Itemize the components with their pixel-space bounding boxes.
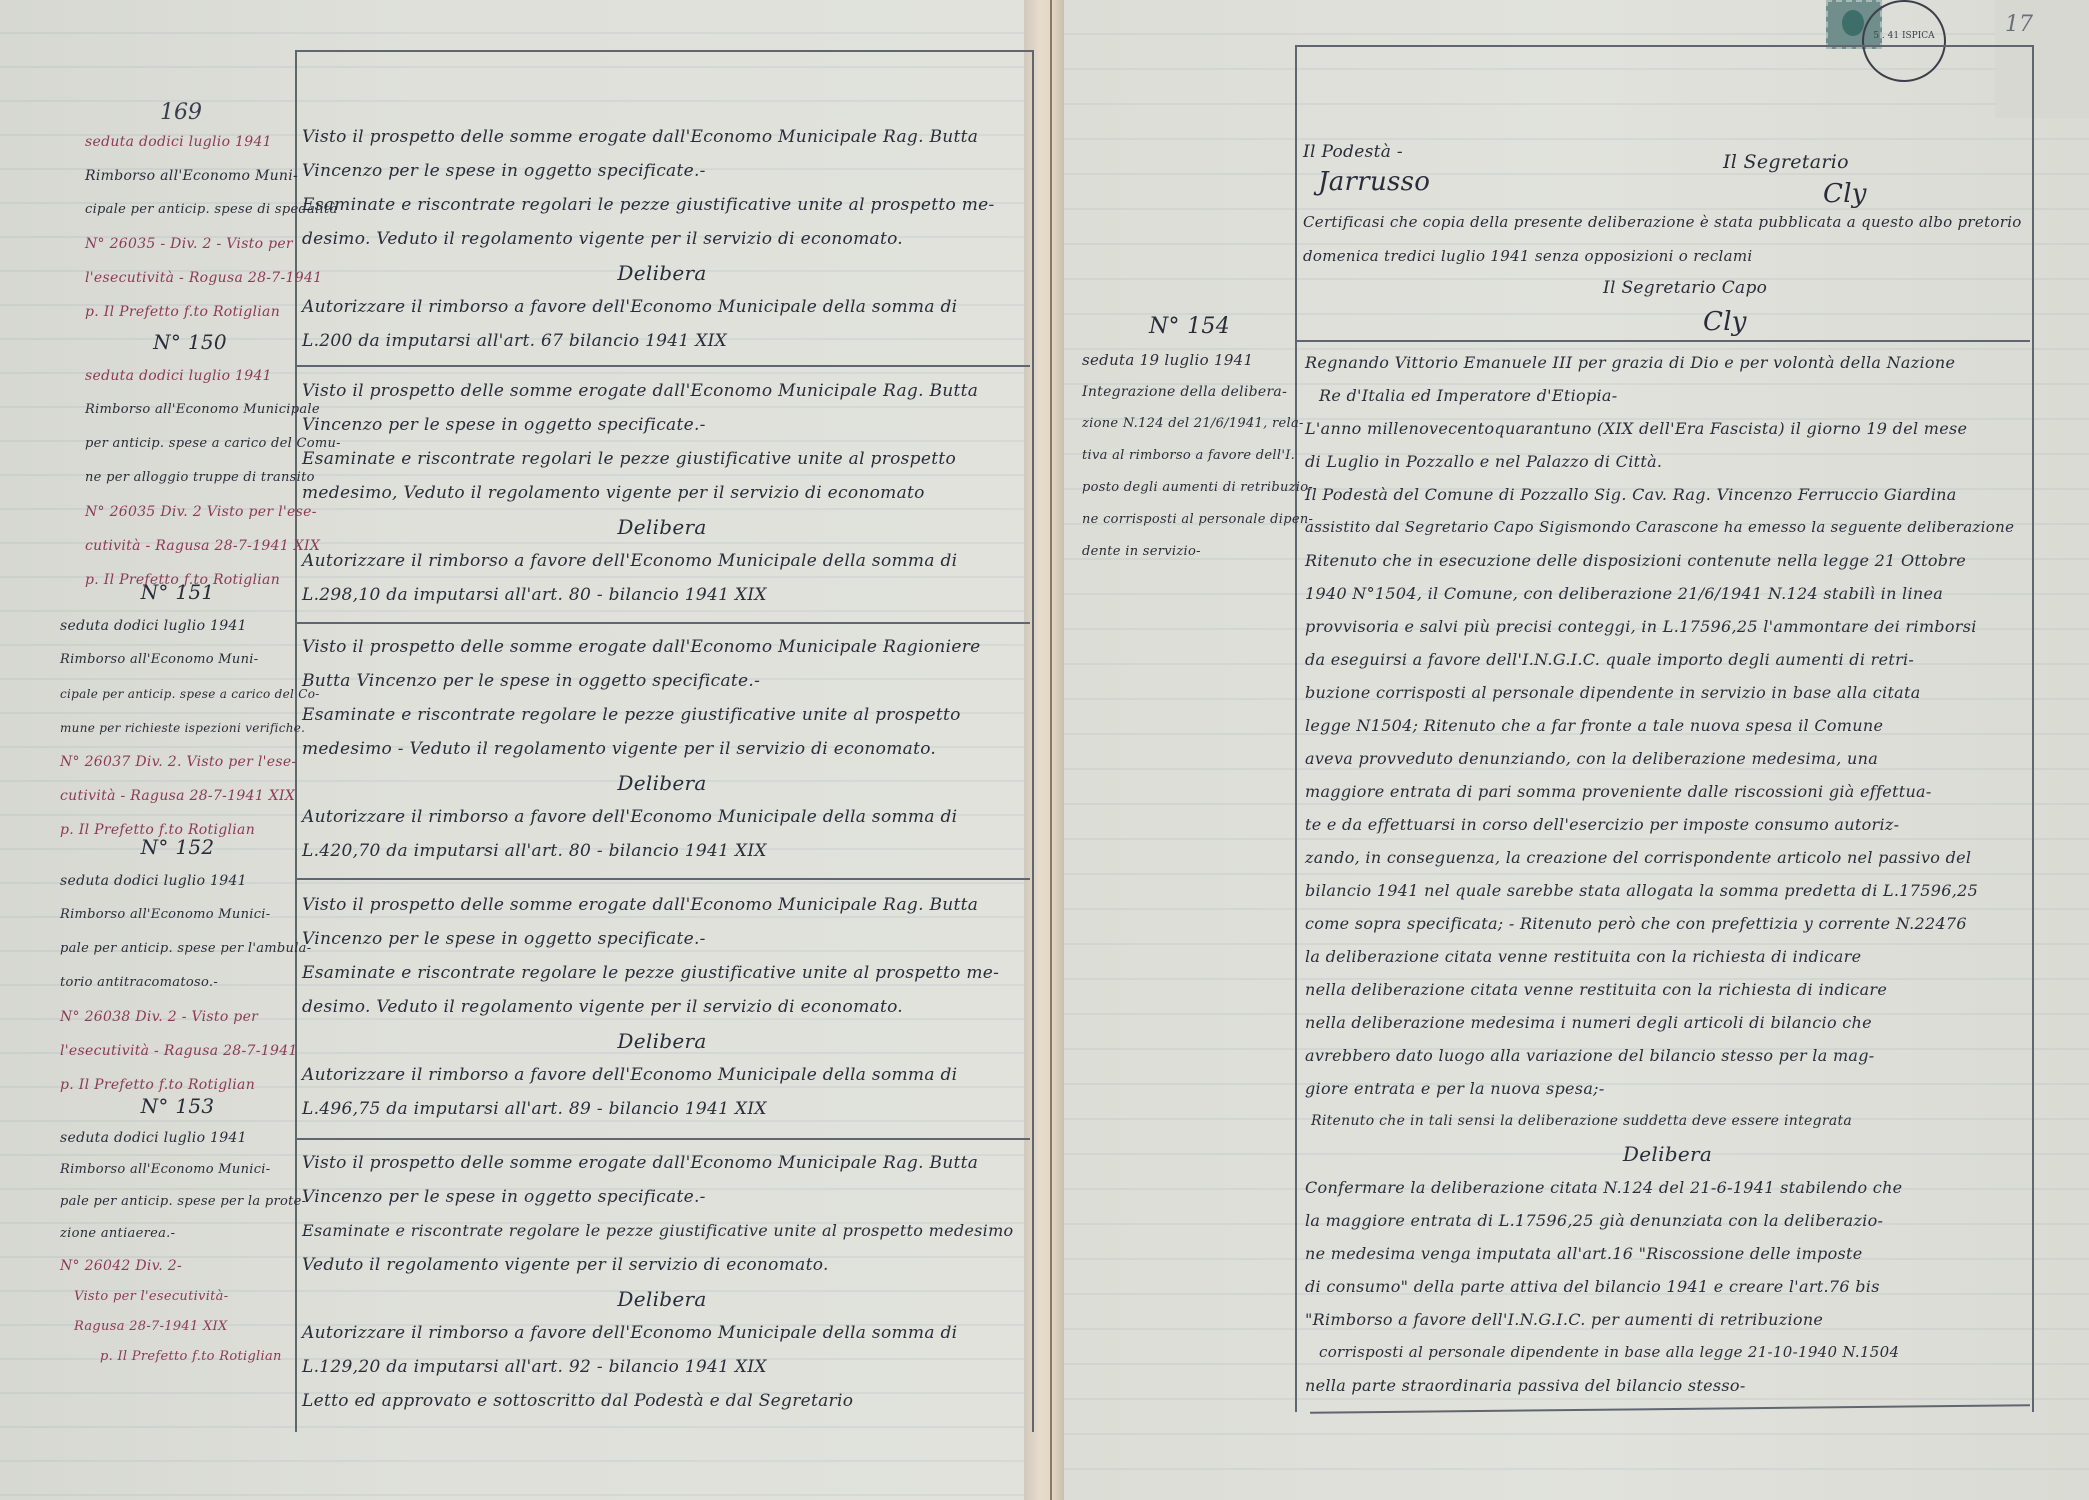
body-line: assistito dal Segretario Capo Sigismondo… <box>1305 511 2030 544</box>
body-line: Visto il prospetto delle somme erogate d… <box>302 120 1022 154</box>
visto-line: l'esecutività - Rogusa 28-7-1941 <box>85 261 295 295</box>
stamp-portrait-icon <box>1842 10 1864 36</box>
body-line: Butta Vincenzo per le spese in oggetto s… <box>302 664 1022 698</box>
subject-line: mune per richieste ispezioni verifiche. <box>60 711 295 745</box>
binding-line <box>1050 0 1052 1500</box>
entry-divider <box>295 878 1030 880</box>
body-line: Vincenzo per le spese in oggetto specifi… <box>302 408 1022 442</box>
resolution-line: Autorizzare il rimborso a favore dell'Ec… <box>302 1058 1022 1092</box>
subject-line: tiva al rimborso a favore dell'I. <box>1082 440 1297 472</box>
resolution-line: L.200 da imputarsi all'art. 67 bilancio … <box>302 324 1022 358</box>
entry-divider <box>1295 340 2030 342</box>
resolution-line: di consumo" della parte attiva del bilan… <box>1305 1270 2030 1303</box>
page-number-left: 169 <box>160 100 202 125</box>
resolution-line: L.496,75 da imputarsi all'art. 89 - bila… <box>302 1092 1022 1126</box>
page-number-right: 17 <box>2005 12 2033 37</box>
visto-line: N° 26035 Div. 2 Visto per l'ese- <box>85 495 295 529</box>
body-line: come sopra specificata; - Ritenuto però … <box>1305 907 2030 940</box>
delibera-heading: Delibera <box>302 1282 1022 1316</box>
seduta-date: seduta dodici luglio 1941 <box>60 1122 295 1154</box>
body-line: di Luglio in Pozzallo e nel Palazzo di C… <box>1305 445 2030 478</box>
resolution-line: ne medesima venga imputata all'art.16 "R… <box>1305 1237 2030 1270</box>
margin-note-entry-150: N° 150 seduta dodici luglio 1941 Rimbors… <box>85 325 295 597</box>
podesta-label: Il Podestà - <box>1303 135 1403 169</box>
delibera-heading: Delibera <box>302 510 1022 544</box>
body-line: da eseguirsi a favore dell'I.N.G.I.C. qu… <box>1305 643 2030 676</box>
margin-note-entry-149: seduta dodici luglio 1941 Rimborso all'E… <box>85 125 295 329</box>
resolution-line: la maggiore entrata di L.17596,25 già de… <box>1305 1204 2030 1237</box>
subject-line: ne corrisposti al personale dipen- <box>1082 504 1297 536</box>
visto-line: p. Il Prefetto f.to Rotiglian <box>60 1342 295 1372</box>
subject-line: Rimborso all'Economo Muni- <box>60 643 295 677</box>
body-line: medesimo - Veduto il regolamento vigente… <box>302 732 1022 766</box>
certificate-line: domenica tredici luglio 1941 senza oppos… <box>1303 239 1753 273</box>
margin-note-entry-151: N° 151 seduta dodici luglio 1941 Rimbors… <box>60 575 295 847</box>
entry-number: N° 153 <box>60 1090 295 1122</box>
body-line: Ritenuto che in tali sensi la deliberazi… <box>1305 1105 2030 1138</box>
postmark-text: 5 . 41 ISPICA <box>1864 30 1944 42</box>
body-line: te e da effettuarsi in corso dell'eserci… <box>1305 808 2030 841</box>
entry-body-152: Visto il prospetto delle somme erogate d… <box>302 888 1022 1126</box>
visto-line: l'esecutività - Ragusa 28-7-1941 <box>60 1034 295 1068</box>
subject-line: Integrazione della delibera- <box>1082 376 1297 408</box>
body-line: Esaminate e riscontrate regolari le pezz… <box>302 188 1022 222</box>
entry-body-153: Visto il prospetto delle somme erogate d… <box>302 1146 1022 1418</box>
body-line: Esaminate e riscontrate regolari le pezz… <box>302 442 1022 476</box>
entry-number: N° 151 <box>60 575 295 609</box>
visto-line: N° 26042 Div. 2- <box>60 1250 295 1282</box>
podesta-signature: Jarrusso <box>1318 165 1430 199</box>
certificate-line: Certificasi che copia della presente del… <box>1303 205 2022 239</box>
entry-number: N° 154 <box>1082 310 1297 344</box>
seduta-date: seduta dodici luglio 1941 <box>60 864 295 898</box>
body-line: la deliberazione citata venne restituita… <box>1305 940 2030 973</box>
body-line: zando, in conseguenza, la creazione del … <box>1305 841 2030 874</box>
body-line: Esaminate e riscontrate regolare le pezz… <box>302 698 1022 732</box>
body-line: Esaminate e riscontrate regolare le pezz… <box>302 1214 1022 1248</box>
entry-number: N° 152 <box>60 830 295 864</box>
subject-line: per anticip. spese a carico del Comu- <box>85 427 295 461</box>
subject-line: Rimborso all'Economo Municipale <box>85 393 295 427</box>
subject-line: zione antiaerea.- <box>60 1218 295 1250</box>
seduta-date: seduta dodici luglio 1941 <box>60 609 295 643</box>
subject-line: cipale per anticip. spese a carico del C… <box>60 677 295 711</box>
subject-line: ne per alloggio truppe di transito <box>85 461 295 495</box>
resolution-line: Autorizzare il rimborso a favore dell'Ec… <box>302 290 1022 324</box>
entry-divider <box>295 622 1030 624</box>
entry-divider <box>295 1138 1030 1140</box>
subject-line: cipale per anticip. spese di spedalità <box>85 193 295 227</box>
resolution-line: L.420,70 da imputarsi all'art. 80 - bila… <box>302 834 1022 868</box>
body-line: maggiore entrata di pari somma provenien… <box>1305 775 2030 808</box>
body-line: desimo. Veduto il regolamento vigente pe… <box>302 222 1022 256</box>
entry-body-151: Visto il prospetto delle somme erogate d… <box>302 630 1022 868</box>
body-line: Regnando Vittorio Emanuele III per grazi… <box>1305 346 2030 379</box>
body-line: bilancio 1941 nel quale sarebbe stata al… <box>1305 874 2030 907</box>
body-line: giore entrata e per la nuova spesa;- <box>1305 1072 2030 1105</box>
resolution-line: L.298,10 da imputarsi all'art. 80 - bila… <box>302 578 1022 612</box>
body-line: nella deliberazione medesima i numeri de… <box>1305 1006 2030 1039</box>
subject-line: dente in servizio- <box>1082 536 1297 568</box>
body-line: Re d'Italia ed Imperatore d'Etiopia- <box>1305 379 2030 412</box>
visto-line: cutività - Ragusa 28-7-1941 XIX <box>85 529 295 563</box>
body-line: Esaminate e riscontrate regolare le pezz… <box>302 956 1022 990</box>
delibera-heading: Delibera <box>302 1024 1022 1058</box>
body-line: nella deliberazione citata venne restitu… <box>1305 973 2030 1006</box>
resolution-line: Autorizzare il rimborso a favore dell'Ec… <box>302 544 1022 578</box>
resolution-line: Autorizzare il rimborso a favore dell'Ec… <box>302 1316 1022 1350</box>
visto-line: Visto per l'esecutività- <box>60 1282 295 1312</box>
body-line: legge N1504; Ritenuto che a far fronte a… <box>1305 709 2030 742</box>
body-line: L'anno millenovecentoquarantuno (XIX del… <box>1305 412 2030 445</box>
resolution-line: corrisposti al personale dipendente in b… <box>1305 1336 2030 1369</box>
entry-body-149: Visto il prospetto delle somme erogate d… <box>302 120 1022 358</box>
subject-line: pale per anticip. spese per la prote- <box>60 1186 295 1218</box>
segretario-label: Il Segretario <box>1723 145 1849 179</box>
seduta-date: seduta dodici luglio 1941 <box>85 359 295 393</box>
entry-number: N° 150 <box>85 325 295 359</box>
body-line: Il Podestà del Comune di Pozzallo Sig. C… <box>1305 478 2030 511</box>
entry-body-154: Regnando Vittorio Emanuele III per grazi… <box>1305 346 2030 1402</box>
margin-note-entry-154: N° 154 seduta 19 luglio 1941 Integrazion… <box>1082 310 1297 568</box>
subject-line: pale per anticip. spese per l'ambula- <box>60 932 295 966</box>
body-line: aveva provveduto denunziando, con la del… <box>1305 742 2030 775</box>
visto-line: Ragusa 28-7-1941 XIX <box>60 1312 295 1342</box>
resolution-line: L.129,20 da imputarsi all'art. 92 - bila… <box>302 1350 1022 1384</box>
resolution-line: Confermare la deliberazione citata N.124… <box>1305 1171 2030 1204</box>
subject-line: Rimborso all'Economo Munici- <box>60 1154 295 1186</box>
subject-line: Rimborso all'Economo Munici- <box>60 898 295 932</box>
visto-line: p. Il Prefetto f.to Rotiglian <box>85 295 295 329</box>
entry-body-150: Visto il prospetto delle somme erogate d… <box>302 374 1022 612</box>
body-line: Vincenzo per le spese in oggetto specifi… <box>302 922 1022 956</box>
subject-line: posto degli aumenti di retribuzio- <box>1082 472 1297 504</box>
margin-note-entry-153: N° 153 seduta dodici luglio 1941 Rimbors… <box>60 1090 295 1372</box>
subject-line: zione N.124 del 21/6/1941, rela- <box>1082 408 1297 440</box>
body-line: Veduto il regolamento vigente per il ser… <box>302 1248 1022 1282</box>
visto-line: N° 26037 Div. 2. Visto per l'ese- <box>60 745 295 779</box>
body-line: medesimo, Veduto il regolamento vigente … <box>302 476 1022 510</box>
seduta-date: seduta dodici luglio 1941 <box>85 125 295 159</box>
margin-note-entry-152: N° 152 seduta dodici luglio 1941 Rimbors… <box>60 830 295 1102</box>
seduta-date: seduta 19 luglio 1941 <box>1082 344 1297 376</box>
body-line: Visto il prospetto delle somme erogate d… <box>302 888 1022 922</box>
entry-divider <box>295 365 1030 367</box>
segretario-capo-signature: Cly <box>1703 305 1747 339</box>
delibera-heading: Delibera <box>1305 1138 2030 1171</box>
body-line: desimo. Veduto il regolamento vigente pe… <box>302 990 1022 1024</box>
body-line: Ritenuto che in esecuzione delle disposi… <box>1305 544 2030 577</box>
resolution-line: nella parte straordinaria passiva del bi… <box>1305 1369 2030 1402</box>
signature-block: Il Podestà - Jarrusso Il Segretario Cly … <box>1303 135 2023 335</box>
body-line: provvisoria e salvi più precisi conteggi… <box>1305 610 2030 643</box>
body-line: buzione corrisposti al personale dipende… <box>1305 676 2030 709</box>
subject-line: torio antitracomatoso.- <box>60 966 295 1000</box>
visto-line: N° 26038 Div. 2 - Visto per <box>60 1000 295 1034</box>
delibera-heading: Delibera <box>302 256 1022 290</box>
visto-line: cutività - Ragusa 28-7-1941 XIX <box>60 779 295 813</box>
delibera-heading: Delibera <box>302 766 1022 800</box>
subject-line: Rimborso all'Economo Muni- <box>85 159 295 193</box>
body-line: Visto il prospetto delle somme erogate d… <box>302 374 1022 408</box>
body-line: avrebbero dato luogo alla variazione del… <box>1305 1039 2030 1072</box>
body-line: Visto il prospetto delle somme erogate d… <box>302 630 1022 664</box>
closing-line: Letto ed approvato e sottoscritto dal Po… <box>302 1384 1022 1418</box>
segretario-capo-label: Il Segretario Capo <box>1603 271 1767 305</box>
body-line: Vincenzo per le spese in oggetto specifi… <box>302 154 1022 188</box>
resolution-line: Autorizzare il rimborso a favore dell'Ec… <box>302 800 1022 834</box>
body-line: Visto il prospetto delle somme erogate d… <box>302 1146 1022 1180</box>
body-line: 1940 N°1504, il Comune, con deliberazion… <box>1305 577 2030 610</box>
visto-line: N° 26035 - Div. 2 - Visto per <box>85 227 295 261</box>
resolution-line: "Rimborso a favore dell'I.N.G.I.C. per a… <box>1305 1303 2030 1336</box>
body-line: Vincenzo per le spese in oggetto specifi… <box>302 1180 1022 1214</box>
